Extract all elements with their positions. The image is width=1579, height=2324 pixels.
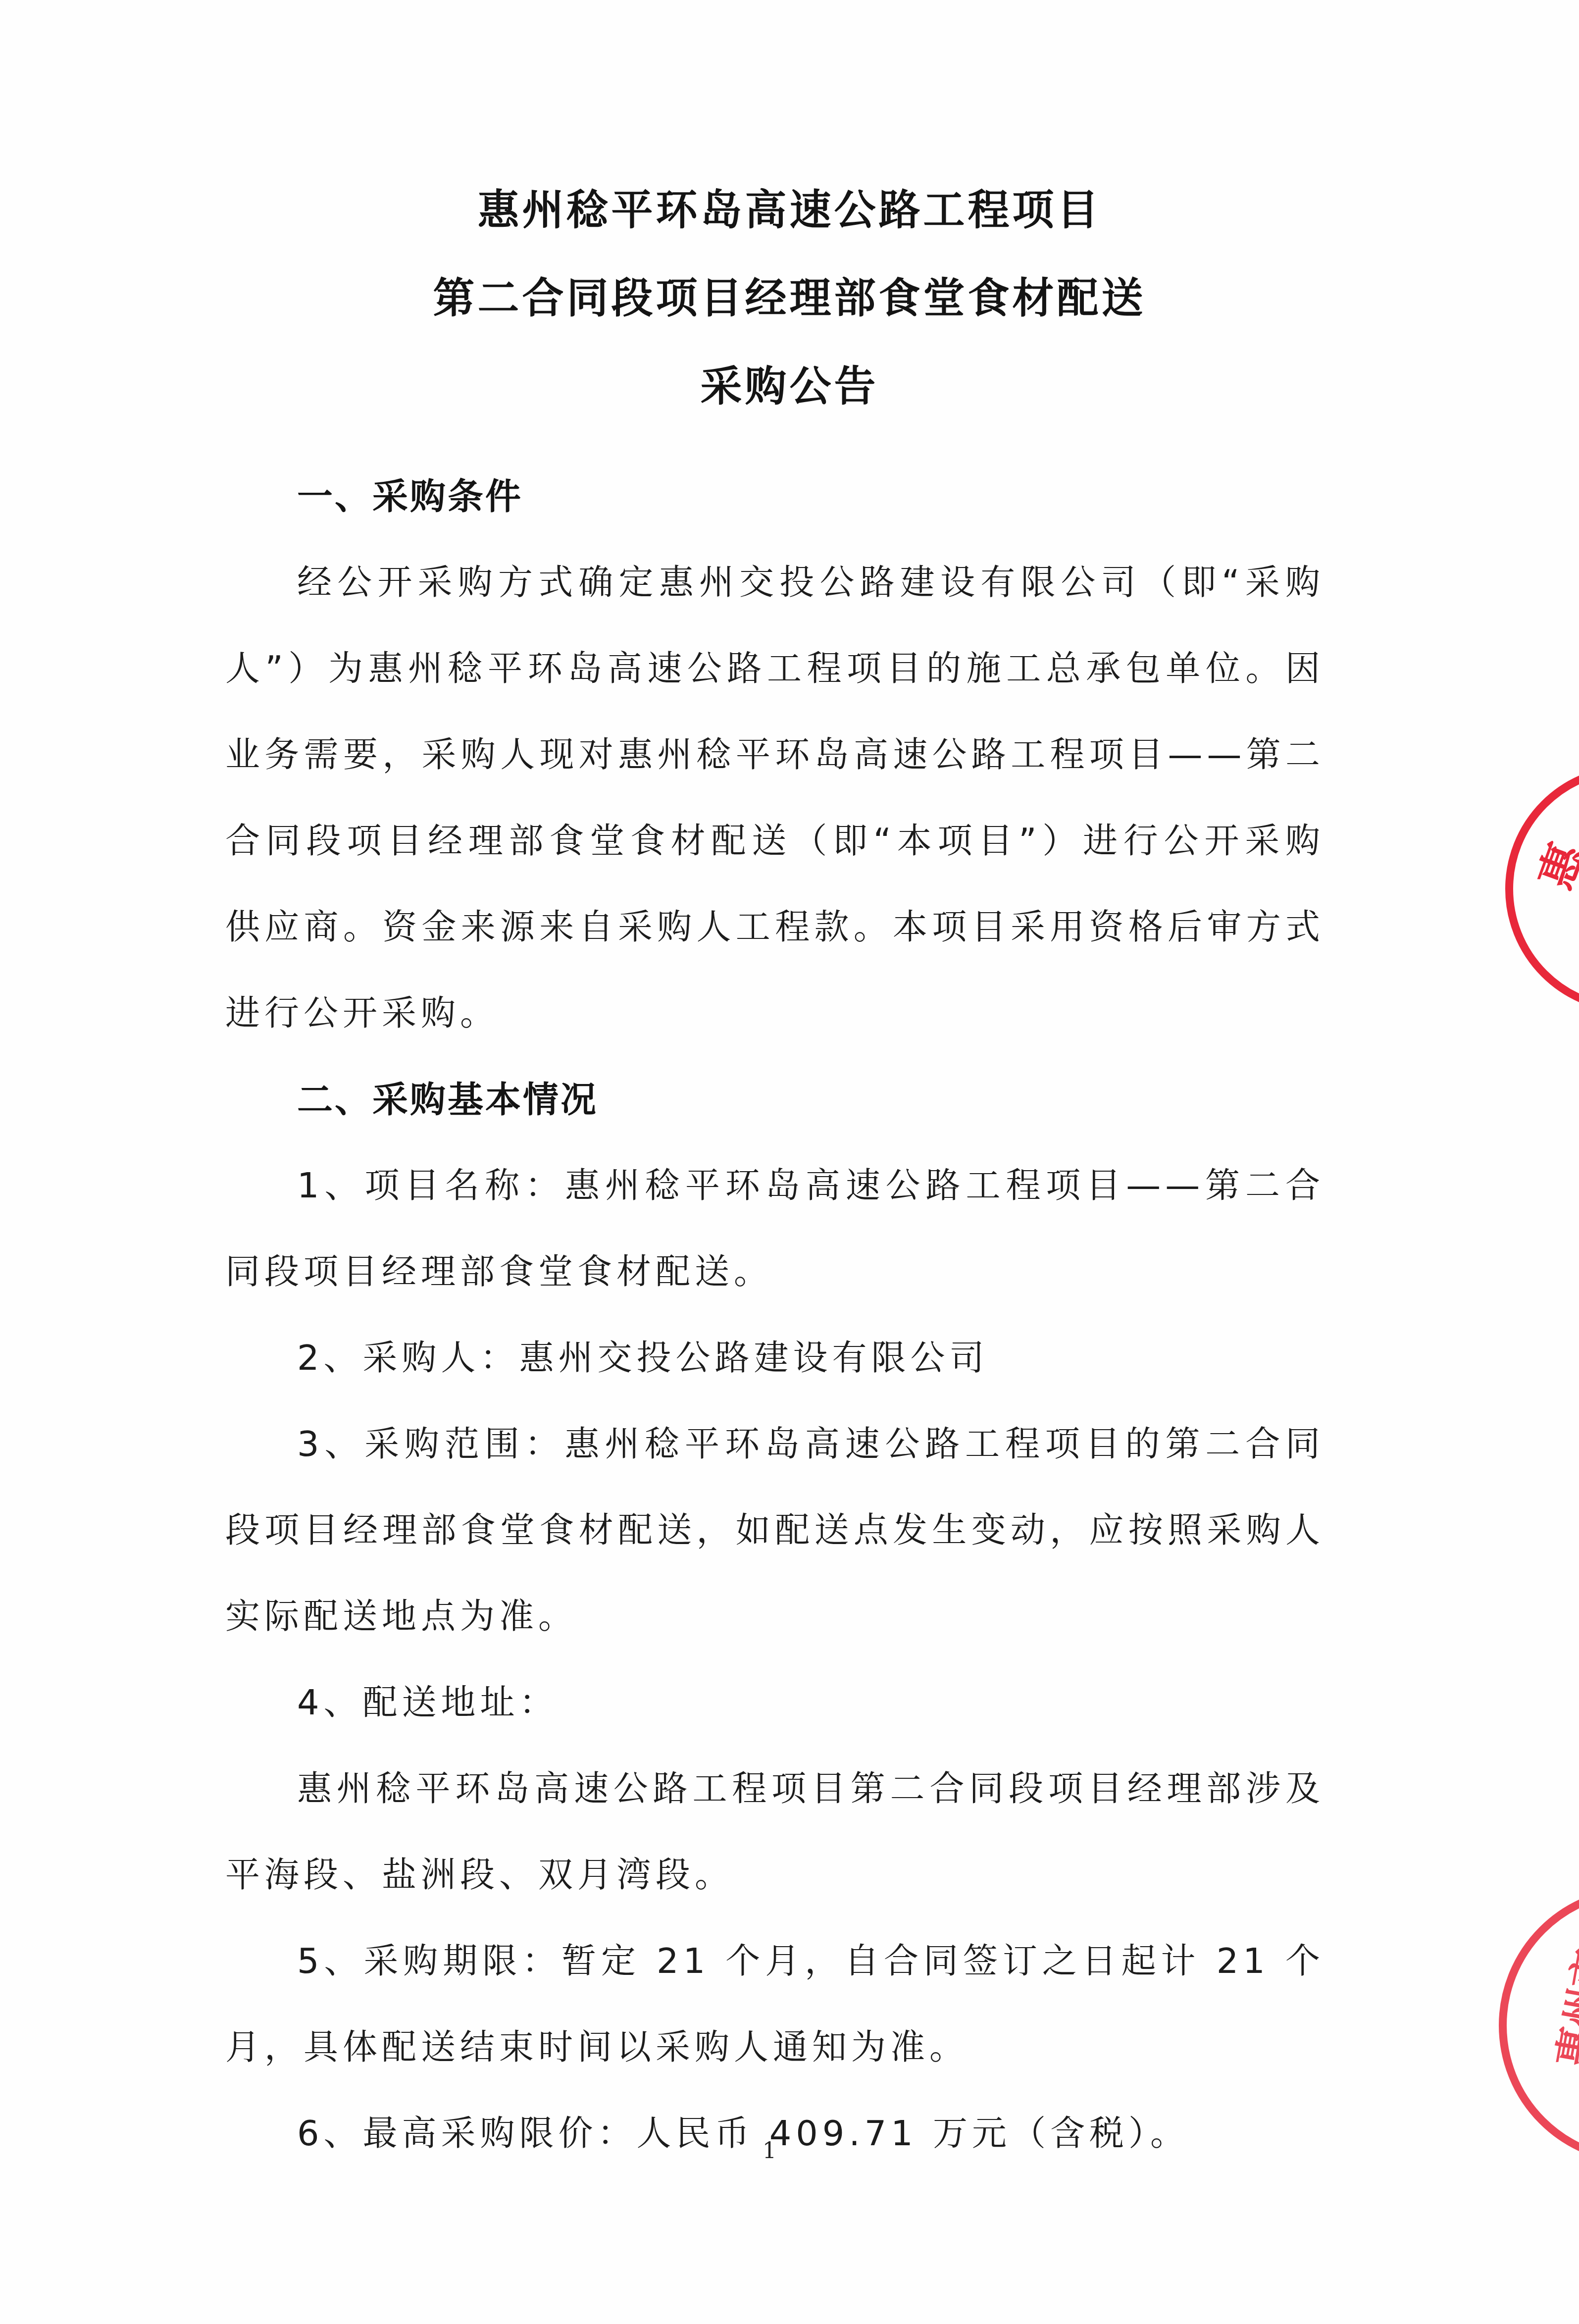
page-number: 1: [763, 2138, 776, 2164]
section-heading-basic-info: 二、采购基本情况: [225, 1056, 1324, 1142]
seal-text: 惠: [1520, 832, 1579, 896]
title-line-project: 惠州稔平环岛高速公路工程项目: [0, 188, 1579, 232]
title-line-subject: 第二合同段项目经理部食堂食材配送: [0, 276, 1579, 320]
red-seal-stamp-icon: 惠州市: [1499, 1887, 1579, 2164]
item-purchaser: 2、采购人：惠州交投公路建设有限公司: [225, 1315, 1324, 1401]
item-delivery-address: 惠州稔平环岛高速公路工程项目第二合同段项目经理部涉及平海段、盐洲段、双月湾段。: [225, 1746, 1324, 1918]
document-title: 惠州稔平环岛高速公路工程项目 第二合同段项目经理部食堂食材配送 采购公告: [0, 188, 1579, 453]
section-heading-conditions: 一、采购条件: [225, 453, 1324, 539]
item-scope: 3、采购范围：惠州稔平环岛高速公路工程项目的第二合同段项目经理部食堂食材配送，如…: [225, 1401, 1324, 1659]
item-delivery-address-label: 4、配送地址：: [225, 1659, 1324, 1746]
paragraph-conditions: 经公开采购方式确定惠州交投公路建设有限公司（即“采购人”）为惠州稔平环岛高速公路…: [225, 539, 1324, 1056]
red-seal-stamp-icon: 惠: [1505, 765, 1579, 1013]
document-page: 惠州稔平环岛高速公路工程项目 第二合同段项目经理部食堂食材配送 采购公告 一、采…: [0, 0, 1579, 2324]
item-duration: 5、采购期限：暂定 21 个月，自合同签订之日起计 21 个月，具体配送结束时间…: [225, 1918, 1324, 2090]
item-project-name: 1、项目名称：惠州稔平环岛高速公路工程项目——第二合同段项目经理部食堂食材配送。: [225, 1142, 1324, 1315]
document-body: 一、采购条件 经公开采购方式确定惠州交投公路建设有限公司（即“采购人”）为惠州稔…: [225, 453, 1324, 2176]
seal-text: 惠州市: [1540, 1944, 1579, 2070]
title-line-notice: 采购公告: [0, 364, 1579, 408]
